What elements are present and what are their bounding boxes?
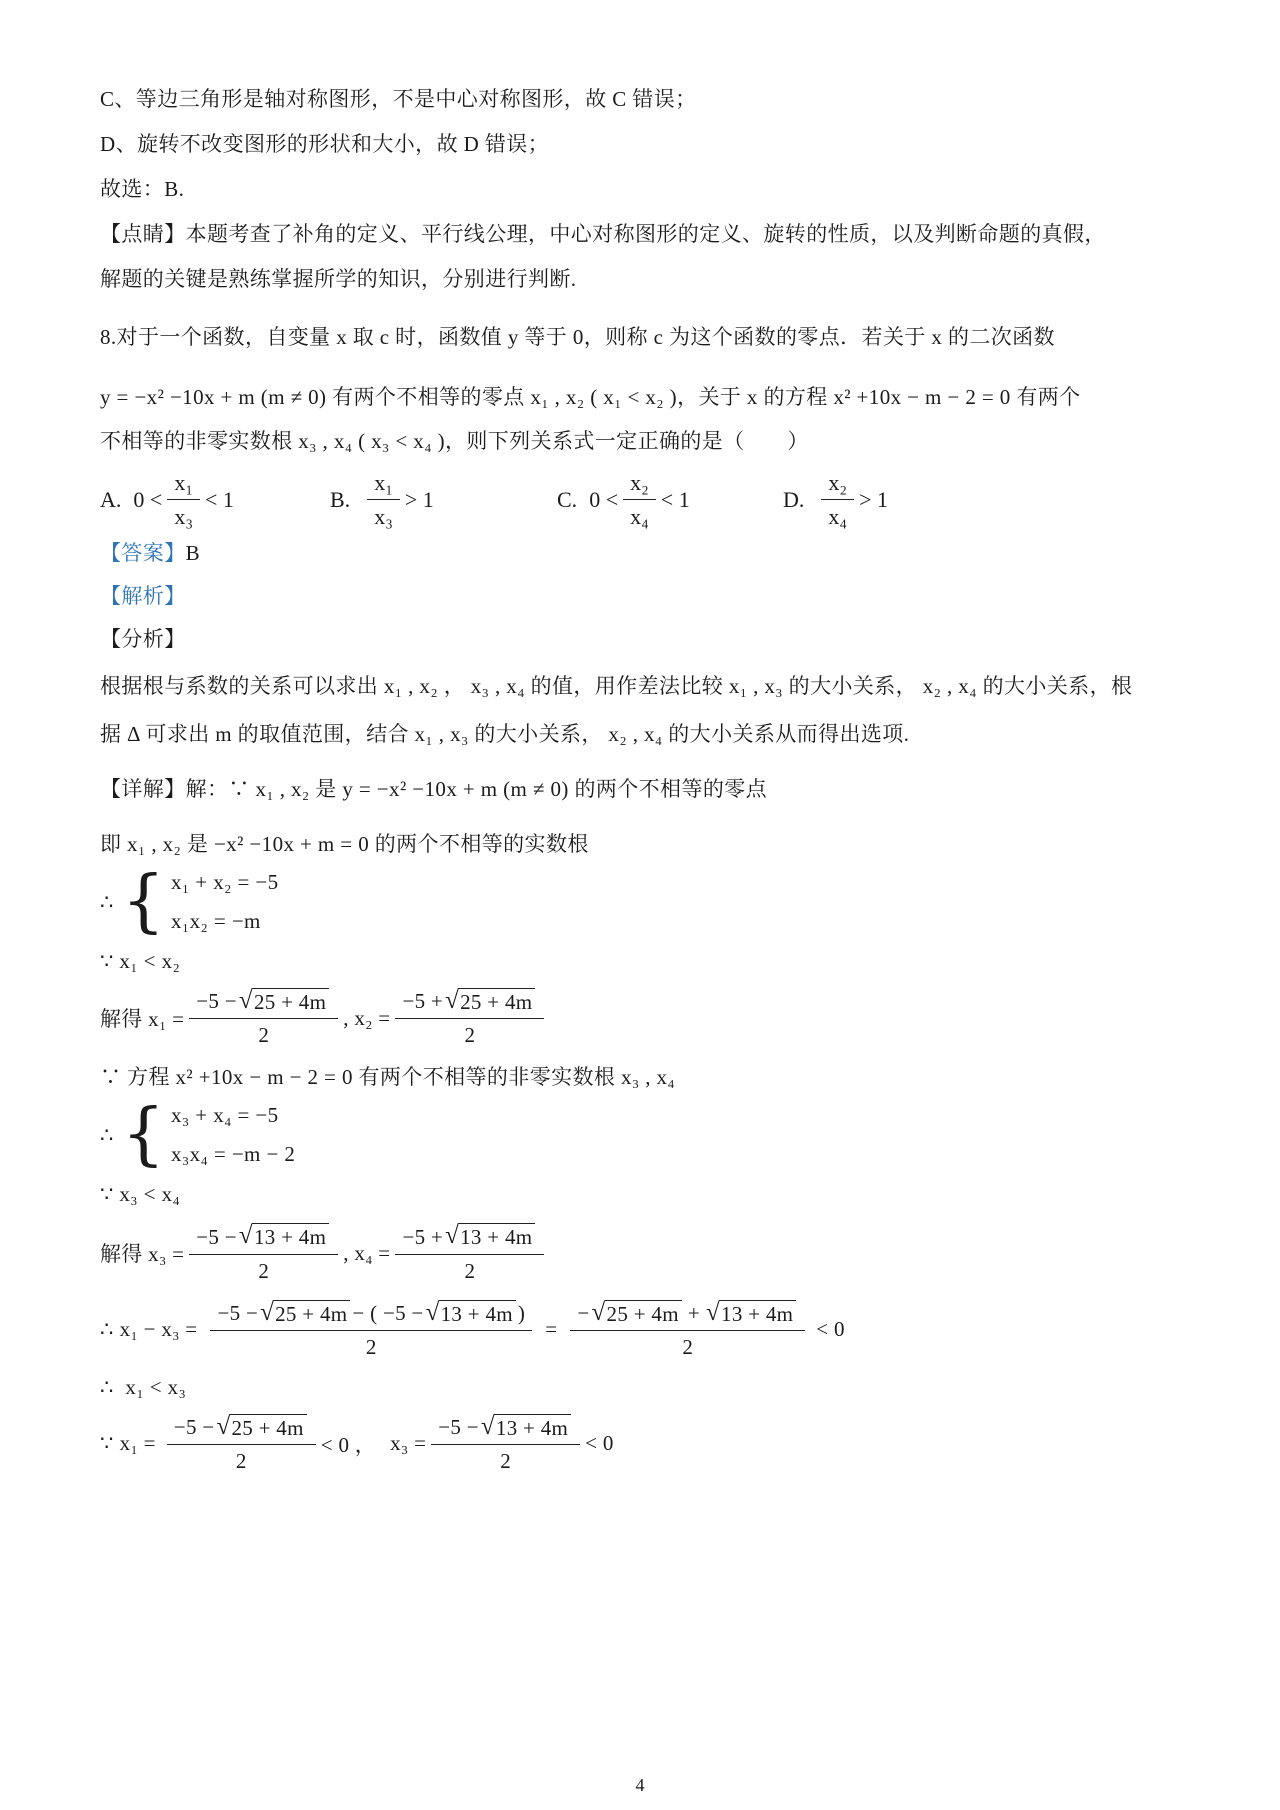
fraction: −5 − √25 + 4m 2	[189, 988, 338, 1048]
radical-sign: √	[239, 988, 253, 1014]
fraction-numerator: x₁	[367, 470, 400, 499]
fraction-numerator: −5 − √13 + 4m	[189, 1223, 338, 1253]
system-equations: x₃ + x₄ = −5 x₃x₄ = −m − 2	[171, 1102, 295, 1167]
fraction-numerator: − √25 + 4m + √13 + 4m	[570, 1300, 805, 1330]
option-b: B. x₁ x₃ > 1	[330, 470, 557, 530]
fraction: x₁ x₃	[167, 470, 200, 530]
fraction-numerator: −5 − √25 + 4m − ( −5 − √13 + 4m )	[210, 1300, 532, 1330]
fraction-denominator: 2	[189, 1018, 338, 1048]
square-root: √25 + 4m	[239, 988, 329, 1014]
fenxi-text-line2: 据 Δ 可求出 m 的取值范围，结合 x₁ , x₃ 的大小关系， x₂ , x…	[100, 721, 1186, 747]
prev-answer-line-d: D、旋转不改变图形的形状和大小，故 D 错误；	[100, 131, 1186, 157]
radicand: 25 + 4m	[458, 988, 535, 1014]
q8-options-row: A. 0 < x₁ x₃ < 1 B. x₁ x₃ > 1 C. 0 <	[100, 470, 1186, 530]
detail-difference-line: ∴ x₁ − x₃ = −5 − √25 + 4m − ( −5 − √13 +…	[100, 1300, 1186, 1360]
document-page: C、等边三角形是轴对称图形，不是中心对称图形，故 C 错误； D、旋转不改变图形…	[0, 0, 1280, 1810]
dianjing-note-line1: 【点睛】本题考查了补角的定义、平行线公理，中心对称图形的定义、旋转的性质，以及判…	[100, 221, 1186, 247]
difference-lhs: x₁ − x₃ =	[120, 1317, 198, 1342]
equation-system-1: ∴ { x₁ + x₂ = −5 x₁x₂ = −m	[100, 869, 1186, 934]
fraction-denominator: 2	[189, 1254, 338, 1284]
detail-solve1-line: 解得 x₁ = −5 − √25 + 4m 2 , x₂ = −5 + √25 …	[100, 988, 1186, 1048]
radicand: 25 + 4m	[605, 1300, 682, 1326]
because-symbol: ∵	[100, 1431, 114, 1456]
option-post: > 1	[859, 487, 888, 513]
detail-s4-line: ∵ 方程 x² +10x − m − 2 = 0 有两个不相等的非零实数根 x₃…	[100, 1064, 1186, 1090]
fraction-denominator: x₄	[623, 499, 656, 530]
option-a: A. 0 < x₁ x₃ < 1	[100, 470, 330, 530]
square-root: √25 + 4m	[216, 1414, 306, 1440]
prev-answer-line-c: C、等边三角形是轴对称图形，不是中心对称图形，故 C 错误；	[100, 86, 1186, 112]
radical-sign: √	[592, 1300, 606, 1326]
answer-line: 【答案】B	[100, 540, 1186, 566]
radical-sign: √	[426, 1300, 440, 1326]
square-root: √13 + 4m	[239, 1223, 329, 1249]
fraction: x₂ x₄	[623, 470, 656, 530]
option-label: C.	[557, 487, 577, 513]
detail-solve2-line: 解得 x₃ = −5 − √13 + 4m 2 , x₄ = −5 + √13 …	[100, 1223, 1186, 1283]
option-d: D. x₂ x₄ > 1	[783, 470, 888, 530]
numerator-text: −5 +	[402, 1225, 443, 1250]
option-post: < 1	[661, 487, 690, 513]
radicand: 13 + 4m	[458, 1223, 535, 1249]
detail-tag: 【详解】	[100, 777, 186, 801]
radical-sign: √	[260, 1300, 274, 1326]
square-root: √25 + 4m	[260, 1300, 350, 1326]
difference-result: < 0	[816, 1317, 845, 1342]
fraction: −5 + √13 + 4m 2	[395, 1223, 544, 1283]
square-root: √13 + 4m	[706, 1300, 796, 1326]
prev-conclusion: 故选：B.	[100, 176, 1186, 202]
detail-s3-line: ∵ x₁ < x₂	[100, 948, 1186, 974]
radical-sign: √	[445, 1223, 459, 1249]
fraction-numerator: x₁	[167, 470, 200, 499]
fraction-numerator: −5 − √13 + 4m	[431, 1414, 580, 1444]
fenxi-text-line1: 根据根与系数的关系可以求出 x₁ , x₂ ， x₃ , x₄ 的值，用作差法比…	[100, 673, 1186, 699]
fraction: x₁ x₃	[367, 470, 400, 530]
numerator-text: −	[577, 1301, 589, 1326]
fraction-numerator: −5 + √25 + 4m	[395, 988, 544, 1018]
dianjing-tag: 【点睛】	[100, 222, 186, 246]
conclusion-text: x₁ < x₃	[125, 1375, 186, 1399]
square-root: √13 + 4m	[445, 1223, 535, 1249]
fraction-numerator: −5 − √25 + 4m	[189, 988, 338, 1018]
last-lhs1: x₁ =	[120, 1431, 156, 1456]
square-root: √13 + 4m	[426, 1300, 516, 1326]
option-label: A.	[100, 487, 121, 513]
last-mid1: < 0 ，	[321, 1429, 376, 1459]
numerator-text: −5 −	[196, 989, 237, 1014]
detail-s5-line: ∵ x₃ < x₄	[100, 1181, 1186, 1207]
numerator-text: )	[518, 1301, 525, 1326]
left-brace: {	[122, 1103, 165, 1167]
solve-prefix: 解得 x₃ =	[100, 1238, 184, 1268]
detail-s2-line: 即 x₁ , x₂ 是 −x² −10x + m = 0 的两个不相等的实数根	[100, 831, 1186, 857]
page-content: C、等边三角形是轴对称图形，不是中心对称图形，故 C 错误； D、旋转不改变图形…	[100, 86, 1186, 1474]
radicand: 25 + 4m	[273, 1300, 350, 1326]
numerator-text: +	[688, 1301, 700, 1326]
fraction: −5 − √13 + 4m 2	[431, 1414, 580, 1474]
radicand: 13 + 4m	[719, 1300, 796, 1326]
radicand: 25 + 4m	[229, 1414, 306, 1440]
fraction-denominator: 2	[395, 1018, 544, 1048]
fraction: −5 + √25 + 4m 2	[395, 988, 544, 1048]
square-root: √25 + 4m	[445, 988, 535, 1014]
radical-sign: √	[216, 1414, 230, 1440]
option-c: C. 0 < x₂ x₄ < 1	[557, 470, 783, 530]
solve-mid: , x₂ =	[343, 1006, 390, 1031]
fraction-numerator: −5 + √13 + 4m	[395, 1223, 544, 1253]
fraction: −5 − √25 + 4m − ( −5 − √13 + 4m ) 2	[210, 1300, 532, 1360]
radical-sign: √	[706, 1300, 720, 1326]
page-number: 4	[0, 1775, 1280, 1796]
solve-mid: , x₄ =	[343, 1241, 390, 1266]
left-brace: {	[122, 870, 165, 934]
radicand: 25 + 4m	[252, 988, 329, 1014]
system-equations: x₁ + x₂ = −5 x₁x₂ = −m	[171, 869, 278, 934]
last-lhs2: x₃ =	[390, 1431, 426, 1456]
square-root: √25 + 4m	[592, 1300, 682, 1326]
fraction: − √25 + 4m + √13 + 4m 2	[570, 1300, 805, 1360]
fraction: −5 − √25 + 4m 2	[167, 1414, 316, 1474]
equation-system-2: ∴ { x₃ + x₄ = −5 x₃x₄ = −m − 2	[100, 1102, 1186, 1167]
fenxi-tag-line: 【分析】	[100, 626, 1186, 652]
therefore-symbol: ∴	[100, 1122, 114, 1148]
radicand: 13 + 4m	[252, 1223, 329, 1249]
system-eq1: x₃ + x₄ = −5	[171, 1102, 295, 1128]
numerator-text: −5 −	[217, 1301, 258, 1326]
numerator-text: − ( −5 −	[352, 1301, 423, 1326]
system-eq2: x₁x₂ = −m	[171, 908, 278, 934]
fraction-denominator: 2	[167, 1444, 316, 1474]
solve-prefix: 解得 x₁ =	[100, 1003, 184, 1033]
detail-last-line: ∵ x₁ = −5 − √25 + 4m 2 < 0 ， x₃ = −5 − √…	[100, 1414, 1186, 1474]
dianjing-note-line2: 解题的关键是熟练掌握所学的知识，分别进行判断.	[100, 266, 1186, 292]
fraction-denominator: x₃	[367, 499, 400, 530]
last-mid2: < 0	[585, 1431, 614, 1456]
fraction-denominator: 2	[570, 1330, 805, 1360]
option-post: < 1	[205, 487, 234, 513]
jiexi-tag-line: 【解析】	[100, 583, 1186, 609]
q8-stem-line2: y = −x² −10x + m (m ≠ 0) 有两个不相等的零点 x₁ , …	[100, 384, 1186, 410]
detail-intro-line: 【详解】解：∵ x₁ , x₂ 是 y = −x² −10x + m (m ≠ …	[100, 776, 1186, 802]
system-eq1: x₁ + x₂ = −5	[171, 869, 278, 895]
equals-sign: =	[545, 1317, 557, 1342]
square-root: √13 + 4m	[481, 1414, 571, 1440]
detail-conclusion-line: ∴ x₁ < x₃	[100, 1374, 1186, 1400]
option-pre: 0 <	[133, 487, 162, 513]
fraction: x₂ x₄	[821, 470, 854, 530]
numerator-text: −5 −	[438, 1415, 479, 1440]
dianjing-text1: 本题考查了补角的定义、平行线公理，中心对称图形的定义、旋转的性质，以及判断命题的…	[186, 222, 1106, 246]
numerator-text: −5 −	[174, 1415, 215, 1440]
option-label: B.	[330, 487, 350, 513]
answer-tag: 【答案】	[100, 541, 186, 565]
numerator-text: −5 +	[402, 989, 443, 1014]
fraction-denominator: 2	[431, 1444, 580, 1474]
therefore-symbol: ∴	[100, 889, 114, 915]
radical-sign: √	[481, 1414, 495, 1440]
radicand: 13 + 4m	[494, 1414, 571, 1440]
option-post: > 1	[405, 487, 434, 513]
radical-sign: √	[239, 1223, 253, 1249]
answer-value: B	[186, 541, 200, 565]
radical-sign: √	[445, 988, 459, 1014]
fraction-numerator: x₂	[623, 470, 656, 499]
q8-stem-line3: 不相等的非零实数根 x₃ , x₄ ( x₃ < x₄ )，则下列关系式一定正确…	[100, 428, 1186, 454]
option-label: D.	[783, 487, 804, 513]
fraction-denominator: x₄	[821, 499, 854, 530]
fraction-numerator: −5 − √25 + 4m	[167, 1414, 316, 1444]
q8-stem-line1: 8.对于一个函数，自变量 x 取 c 时，函数值 y 等于 0，则称 c 为这个…	[100, 324, 1186, 350]
fraction-denominator: 2	[395, 1254, 544, 1284]
system-eq2: x₃x₄ = −m − 2	[171, 1141, 295, 1167]
fraction-denominator: 2	[210, 1330, 532, 1360]
therefore-symbol: ∴	[100, 1317, 114, 1342]
detail-s1: 解：∵ x₁ , x₂ 是 y = −x² −10x + m (m ≠ 0) 的…	[186, 777, 767, 801]
numerator-text: −5 −	[196, 1225, 237, 1250]
therefore-symbol: ∴	[100, 1375, 114, 1399]
fraction: −5 − √13 + 4m 2	[189, 1223, 338, 1283]
fraction-denominator: x₃	[167, 499, 200, 530]
fraction-numerator: x₂	[821, 470, 854, 499]
option-pre: 0 <	[589, 487, 618, 513]
radicand: 13 + 4m	[439, 1300, 516, 1326]
